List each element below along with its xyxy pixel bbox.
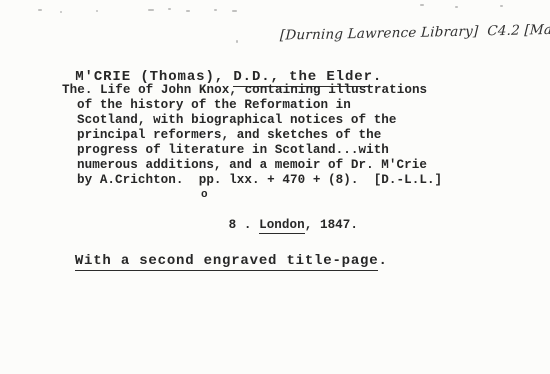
- scan-speck: [168, 8, 171, 10]
- entry-line: of the history of the Reformation in: [62, 98, 442, 113]
- entry-line: by A.Crichton. pp. lxx. + 470 + (8). [D.…: [62, 173, 442, 188]
- scan-speck: [96, 10, 98, 12]
- scan-speck: [148, 9, 154, 11]
- note-period: .: [378, 253, 387, 269]
- imprint-date: , 1847.: [305, 218, 358, 232]
- scan-speck: [236, 40, 238, 43]
- entry-line: progress of literature in Scotland...wit…: [62, 143, 442, 158]
- note-underlined: With a second engraved title-page: [75, 253, 379, 271]
- binding-note: With a second engraved title-page.: [38, 237, 388, 285]
- entry-line: Scotland, with biographical notices of t…: [62, 113, 442, 128]
- scan-speck: [232, 10, 237, 12]
- scan-speck: [186, 10, 190, 12]
- scan-speck: [214, 9, 217, 11]
- entry-line: principal reformers, and sketches of the: [62, 128, 442, 143]
- scan-speck: [60, 11, 62, 13]
- scan-speck: [420, 4, 424, 6]
- entry-line: The. Life of John Knox, containing illus…: [62, 83, 442, 98]
- imprint-format: 8 .: [229, 218, 259, 232]
- annotation-text: [Durning Lawrence Library] C4.2 [MacCrie…: [280, 21, 550, 44]
- entry-body: The. Life of John Knox, containing illus…: [62, 83, 442, 248]
- scan-speck: [38, 9, 42, 11]
- entry-line: numerous additions, and a memoir of Dr. …: [62, 158, 442, 173]
- handwritten-annotation: [Durning Lawrence Library] C4.2 [MacCrie…: [261, 6, 550, 60]
- format-superscript: o: [62, 188, 442, 203]
- superscript-o: o: [201, 189, 208, 201]
- library-catalog-card: [Durning Lawrence Library] C4.2 [MacCrie…: [0, 0, 550, 374]
- imprint-place: London: [259, 218, 305, 234]
